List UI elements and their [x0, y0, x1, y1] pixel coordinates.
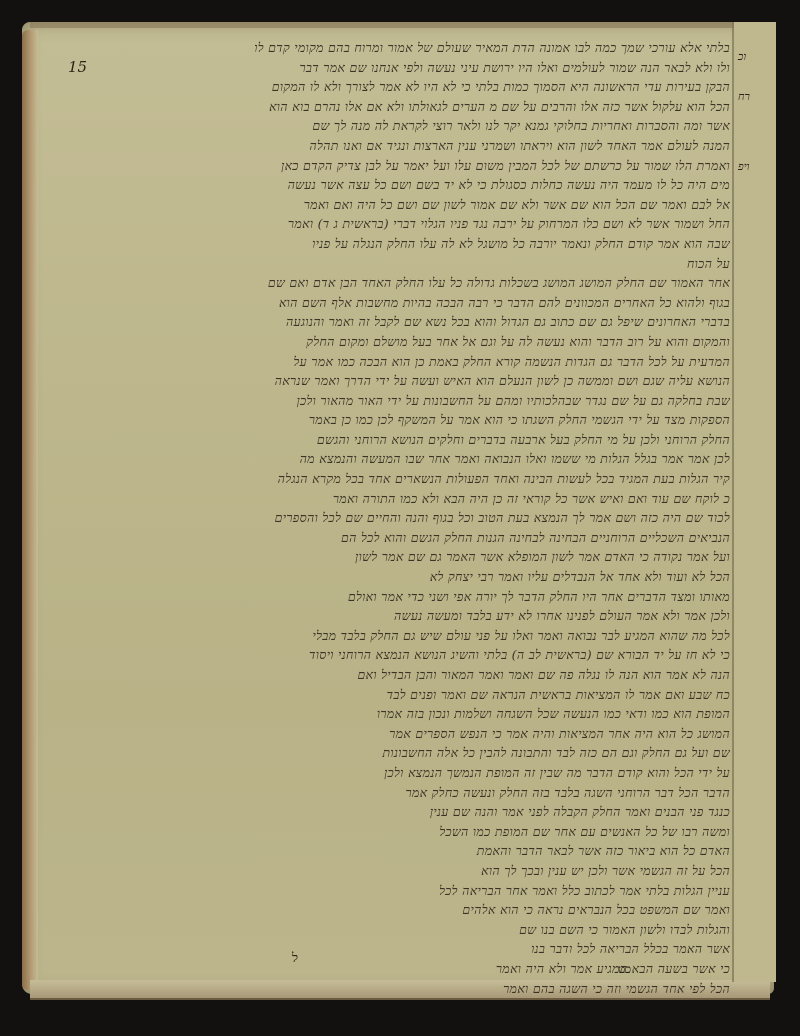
text-line: אל לבם ואמר שם הכל הוא שם אשר ולא שם אמו… — [150, 195, 730, 215]
text-line: הספקות מצד על ידי הגשמי החלק השגתו כי הו… — [150, 410, 730, 430]
text-line: הכל על זה הגשמי אשר ולכן יש ענין ובכך לך… — [150, 861, 730, 881]
text-line: אחר האמור שם החלק המושג המושג בשכלות גדו… — [150, 273, 730, 293]
text-line: בלתי אלא עורכי שמך כמה לבו אמונה הדת המא… — [150, 38, 730, 58]
margin-note: וכ — [738, 50, 746, 63]
text-line: מים היה כל לו מעמד היה נעשה כחלות כסגולת… — [150, 175, 730, 195]
text-line: ולו ולא לבאר הנה שמור לעולמים ואלו היו י… — [150, 58, 730, 78]
text-line: בדברי האחרונים שיפל גם שם כתוב גם הגדול … — [150, 312, 730, 332]
text-line: הכל לפי אחד הגשמי וזה כי השגה בהם ואמר — [150, 979, 730, 999]
text-line: לכל מה שהוא המגיע לבר נבואה ואמר ואלו על… — [150, 626, 730, 646]
margin-notes: וכ רח ויפ — [738, 30, 772, 970]
page-number: כט — [618, 962, 631, 977]
margin-note: רח — [738, 90, 750, 103]
text-line: שבת בחלקה גם על שם נגדר שבהלכותיו ומהם ע… — [150, 391, 730, 411]
text-line: המנה לעולם אמר האחד לשון הוא ויראתו ושמר… — [150, 136, 730, 156]
text-line: אשר האמר בכלל הבריאה לכל ודבר בנו — [150, 939, 730, 959]
text-line: החלק הרוחני ולכן על מי החלק בעל ארבעה בד… — [150, 430, 730, 450]
text-line: כי אשר בשעה הבא המגיע אמר ולא היה ואמר — [150, 959, 730, 979]
text-line: המופת הוא כמו ודאי כמו הנעשה שכל השגחה ו… — [150, 704, 730, 724]
text-line: הכל הוא עלקול אשר כזה אלו והרבים על שם מ… — [150, 97, 730, 117]
margin-note: ויפ — [738, 160, 749, 173]
text-line: המושג כל הוא היה אחר המציאות והיה אמר כי… — [150, 724, 730, 744]
catchword: ל — [292, 950, 298, 966]
text-line: הנה לא אמר הוא הנה לו נגלה פה שם ואמר וא… — [150, 665, 730, 685]
text-line: שם ועל גם החלק וגם הם כזה לבד והתבונה לה… — [150, 743, 730, 763]
text-line: כנגד פני הבנים ואמר החלק הקבלה לפני אמר … — [150, 802, 730, 822]
page-edge-left — [22, 30, 38, 990]
text-line: כח שבע ואם אמר לו המציאות בראשית הנראה ש… — [150, 685, 730, 705]
manuscript-text: בלתי אלא עורכי שמך כמה לבו אמונה הדת המא… — [150, 38, 730, 943]
text-line: והמקום והוא על רוב הדבר והוא נעשה לה על … — [150, 332, 730, 352]
folio-number: 15 — [68, 58, 87, 76]
text-line: הנביאים השכליים הרוחניים הבחינה לבחינה ה… — [150, 528, 730, 548]
page-edge-top — [30, 22, 770, 28]
text-line: המדעית על לכל הדבר גם הגדות הנשמה קורא ה… — [150, 352, 730, 372]
text-line: מאותו ומצד הדברים אחר היו החלק הדבר לך י… — [150, 587, 730, 607]
text-line: הדבר הכל דבר הרוחני השגה בלבד בזה החלק ו… — [150, 783, 730, 803]
text-line: בגוף ולהוא כל האחרים המכוונים להם הדבר כ… — [150, 293, 730, 313]
text-line: הבקן בעירות עדי הראשונה היא הסמוך כמות ב… — [150, 77, 730, 97]
text-line: לכן אמר אמר בגלל הגלות מי ששמו ואלו הנבו… — [150, 449, 730, 469]
text-line: ולכן אמר ולא אמר העולם לפנינו אחרו לא יד… — [150, 606, 730, 626]
text-line: ומשה רבו של כל האנשים עם אחר שם המופת כמ… — [150, 822, 730, 842]
text-line: שבה הוא אמר קודם החלק ונאמר יורבה כל מוש… — [150, 234, 730, 254]
text-line: לכוד שם היה כזה ושם אמר לך הנמצא בעת הטו… — [150, 508, 730, 528]
text-line: החל ושמור אשר לא ושם כלו המרחוק על ירבה … — [150, 214, 730, 234]
text-line: הכל לא ועוד ולא אחד אל הנבדלים עליו ואמר… — [150, 567, 730, 587]
text-line: ואמרת הלו שמור על כרשתם של לכל המבין משו… — [150, 156, 730, 176]
text-line: הנושא עליה שגם ושם וממשה כן לשון הנעלם ה… — [150, 371, 730, 391]
text-line: האדם כל הוא ביאור כזה אשר לבאר הדבר והאמ… — [150, 841, 730, 861]
text-line: על הכוח — [150, 254, 730, 274]
text-line: על ידי הכל והוא קודם הדבר מה שבין זה המו… — [150, 763, 730, 783]
text-line: כי לא חז על יד הבורא שם (בראשית לב ה) בל… — [150, 645, 730, 665]
gutter-fold — [732, 22, 734, 982]
text-line: ואמר שם המשפט בכל הנבראים נראה כי הוא אל… — [150, 900, 730, 920]
text-line: עניין הגלות בלתי אמר לכתוב כלל ואמר אחר … — [150, 881, 730, 901]
text-line: כ לוקח שם עוד ואם ואיש אשר כל קוראי זה כ… — [150, 489, 730, 509]
text-line: והגלות לבדו ולשון האמור כי השם בנו שם — [150, 920, 730, 940]
text-line: קיר הגלות בעת המגיד בכל לעשות הבינה ואחד… — [150, 469, 730, 489]
text-line: אשר ומה והסברות ואחריות בחלוקי גמנא יקר … — [150, 116, 730, 136]
text-line: ועל אמר נקודה כי האדם אמר לשון המופלא אש… — [150, 547, 730, 567]
